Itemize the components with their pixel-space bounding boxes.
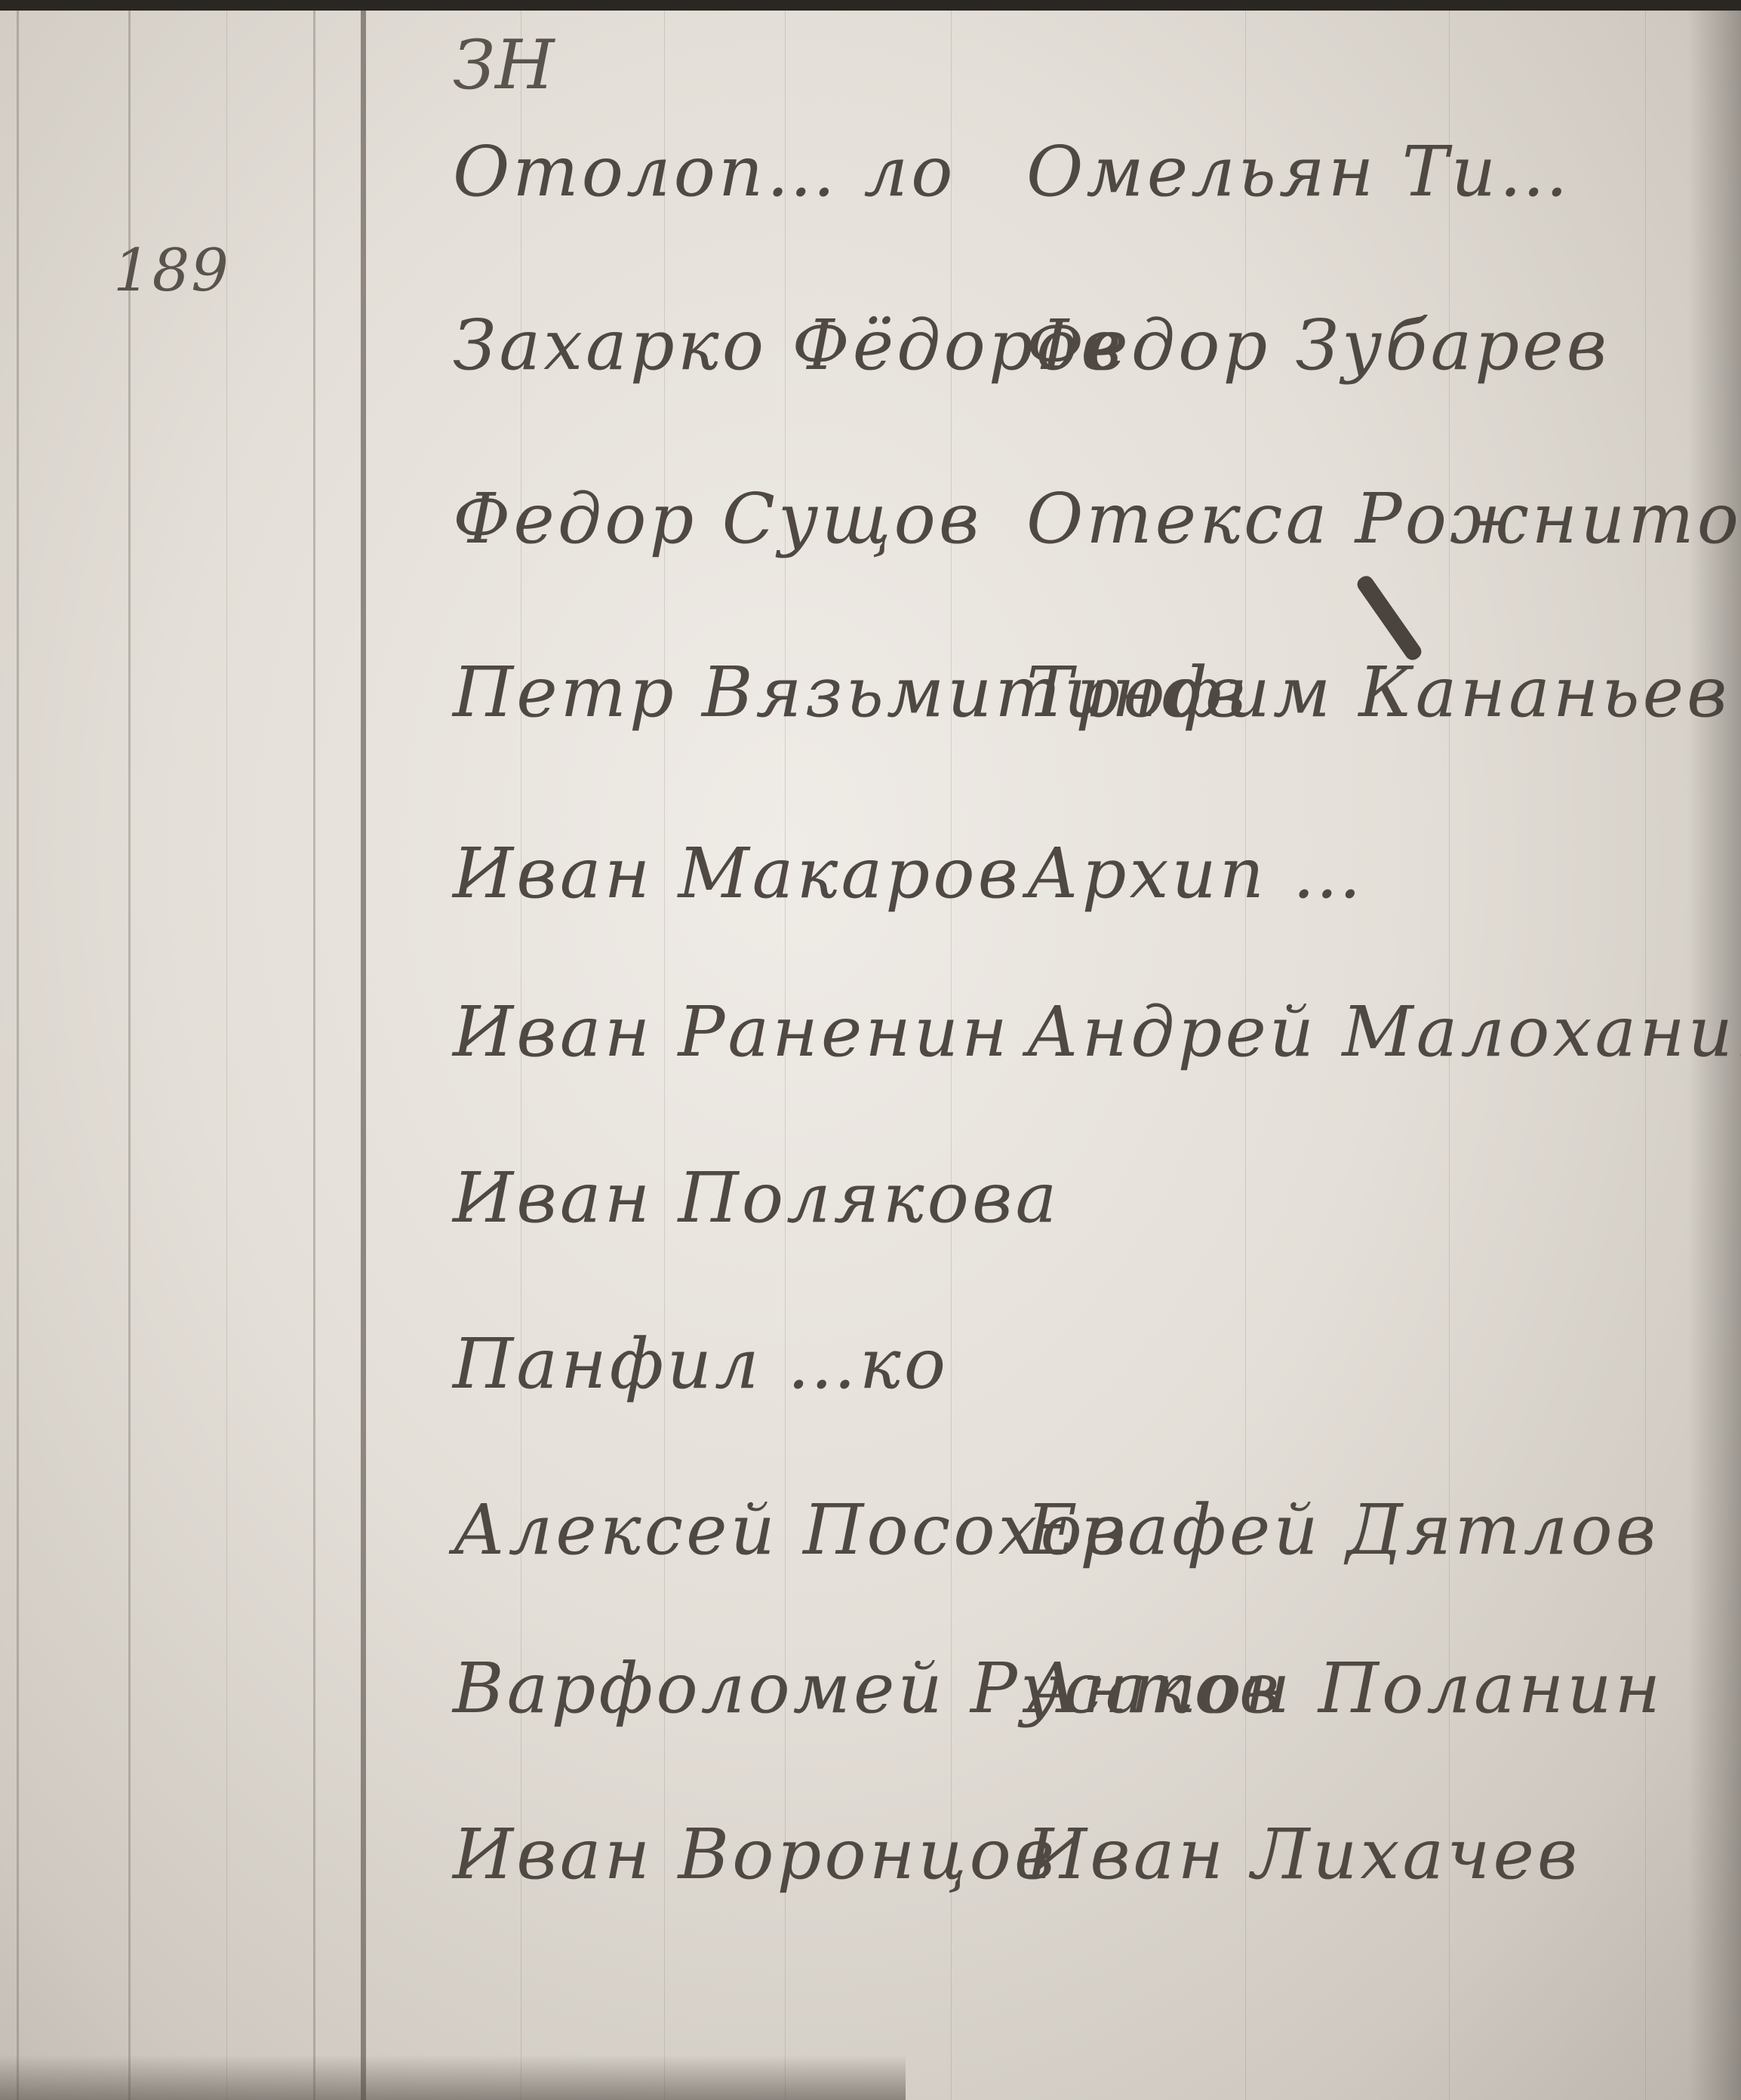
header-superscript: ЗН xyxy=(453,26,555,105)
manuscript-line: Петр Вязьмитинов Трофим Кананьев xyxy=(453,652,1696,733)
manuscript-line: Алексей Посохов Ерафей Дятлов xyxy=(453,1490,1696,1570)
manuscript-line: Захарко Фёдоров Федор Зубарев xyxy=(453,305,1696,386)
margin-rule xyxy=(313,11,315,2100)
line-text: Иван Полякова xyxy=(453,1158,1060,1238)
margin-number: 189 xyxy=(113,237,230,305)
line-text: Ерафей Дятлов xyxy=(1026,1490,1659,1570)
line-text: Федор Сущов xyxy=(453,478,982,559)
line-text: Захарко Фёдоров xyxy=(453,305,1124,386)
manuscript-page: 189 ЗН Отолоп… ло Омельян Ти… Захарко Фё… xyxy=(0,11,1741,2100)
manuscript-line: Отолоп… ло Омельян Ти… xyxy=(453,131,1696,212)
manuscript-line: Иван Раненин Андрей Малоханин xyxy=(453,992,1696,1072)
line-text: Иван Лихачев xyxy=(1026,1814,1580,1895)
manuscript-line: Панфил …ко xyxy=(453,1324,1696,1404)
ink-stroke-mark xyxy=(1355,573,1425,663)
line-text: Трофим Кананьев xyxy=(1026,652,1730,733)
line-text: Иван Макаров xyxy=(453,833,1021,914)
line-text: Антон Поланин xyxy=(1026,1648,1663,1729)
line-text: Архип … xyxy=(1026,833,1364,914)
line-text: Отолоп… ло xyxy=(453,131,955,212)
line-text: Иван Воронцов xyxy=(453,1814,1057,1895)
margin-rule xyxy=(128,11,131,2100)
manuscript-line: Иван Воронцов Иван Лихачев xyxy=(453,1814,1696,1895)
main-margin-rule xyxy=(361,11,366,2100)
line-text: Андрей Малоханин xyxy=(1026,992,1741,1072)
manuscript-line: Иван Полякова xyxy=(453,1158,1696,1238)
manuscript-line: Варфоломей Русаков Антон Поланин xyxy=(453,1648,1696,1729)
manuscript-line: Федор Сущов Отекса Рожнитов xyxy=(453,478,1696,559)
line-text: Отекса Рожнитов xyxy=(1026,478,1741,559)
line-text: Панфил …ко xyxy=(453,1324,949,1404)
page-stain xyxy=(0,2055,906,2100)
line-text: Федор Зубарев xyxy=(1026,305,1610,386)
paper-streak xyxy=(226,11,227,2100)
line-text: Иван Раненин xyxy=(453,992,1010,1072)
manuscript-line: Иван Макаров Архип … xyxy=(453,833,1696,914)
margin-rule-left xyxy=(17,11,19,2100)
line-text: Омельян Ти… xyxy=(1026,131,1571,212)
